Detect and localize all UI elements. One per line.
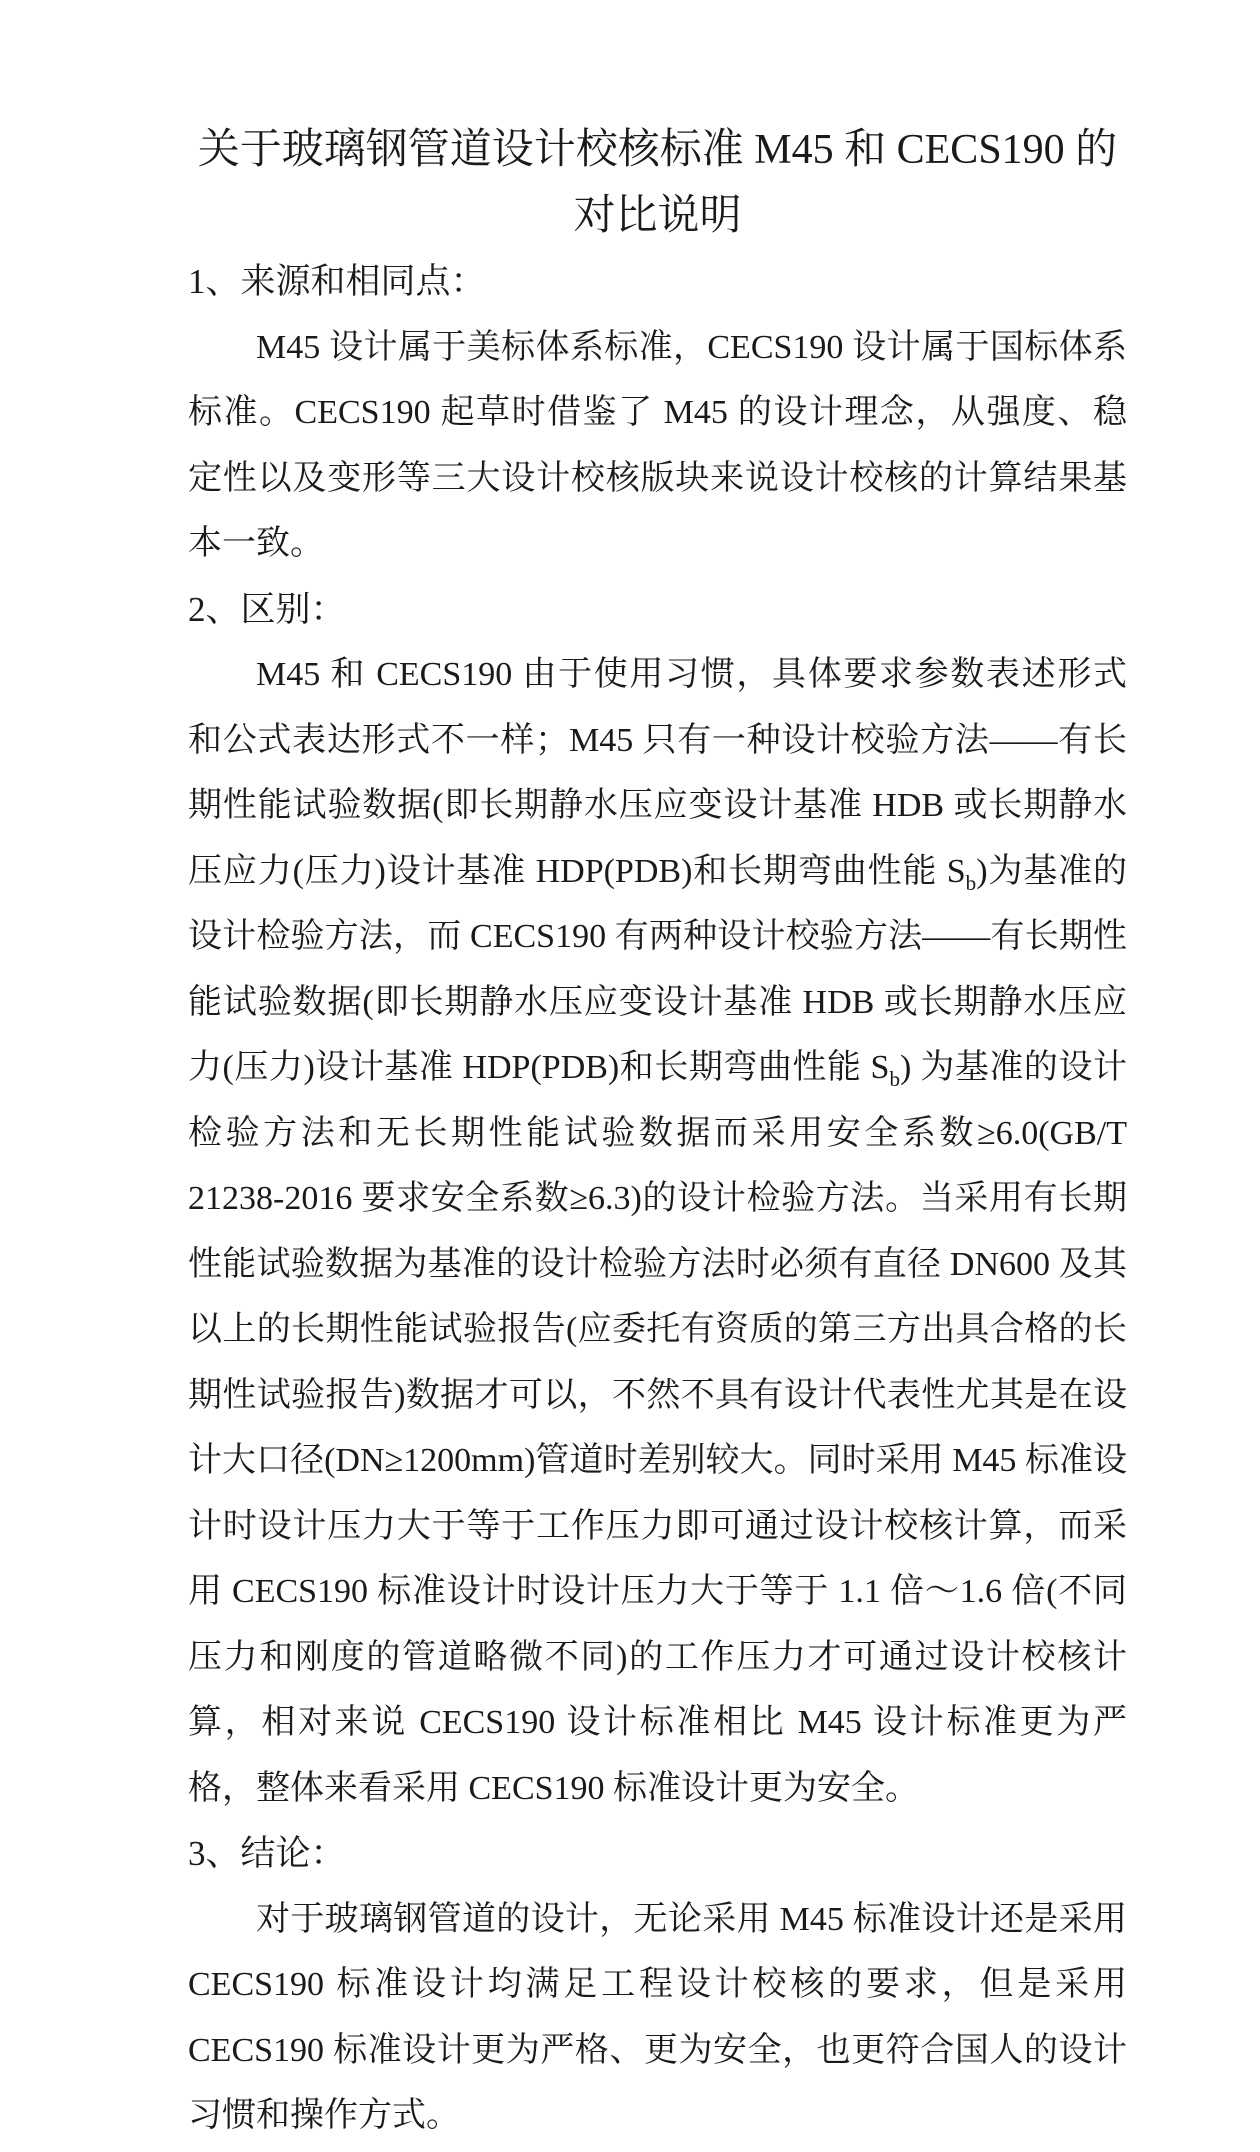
document-page: 关于玻璃钢管道设计校核标准 M45 和 CECS190 的对比说明 1、来源和相… xyxy=(188,0,1127,2149)
section-3-paragraph: 对于玻璃钢管道的设计，无论采用 M45 标准设计还是采用 CECS190 标准设… xyxy=(188,1887,1127,2149)
subscript-b: b xyxy=(889,1067,900,1091)
section-conclusion: 3、结论： 对于玻璃钢管道的设计，无论采用 M45 标准设计还是采用 CECS1… xyxy=(188,1821,1127,2149)
section-3-heading: 3、结论： xyxy=(188,1821,1127,1887)
title-line-2: 对比说明 xyxy=(188,184,1127,250)
section-source-and-similarities: 1、来源和相同点： M45 设计属于美标体系标准，CECS190 设计属于国标体… xyxy=(188,249,1127,577)
section-1-heading: 1、来源和相同点： xyxy=(188,249,1127,315)
subscript-b: b xyxy=(966,870,977,894)
section-1-paragraph: M45 设计属于美标体系标准，CECS190 设计属于国标体系标准。CECS19… xyxy=(188,315,1127,577)
section-differences: 2、区别： M45 和 CECS190 由于使用习惯，具体要求参数表述形式和公式… xyxy=(188,577,1127,1822)
section-2-heading: 2、区别： xyxy=(188,577,1127,643)
section-2-paragraph: M45 和 CECS190 由于使用习惯，具体要求参数表述形式和公式表达形式不一… xyxy=(188,642,1127,1821)
document-title: 关于玻璃钢管道设计校核标准 M45 和 CECS190 的对比说明 xyxy=(188,118,1127,249)
paragraph-run: ) 为基准的设计检验方法和无长期性能试验数据而采用安全系数≥6.0(GB/T 2… xyxy=(188,1049,1127,1807)
title-line-1: 关于玻璃钢管道设计校核标准 M45 和 CECS190 的 xyxy=(188,118,1127,184)
